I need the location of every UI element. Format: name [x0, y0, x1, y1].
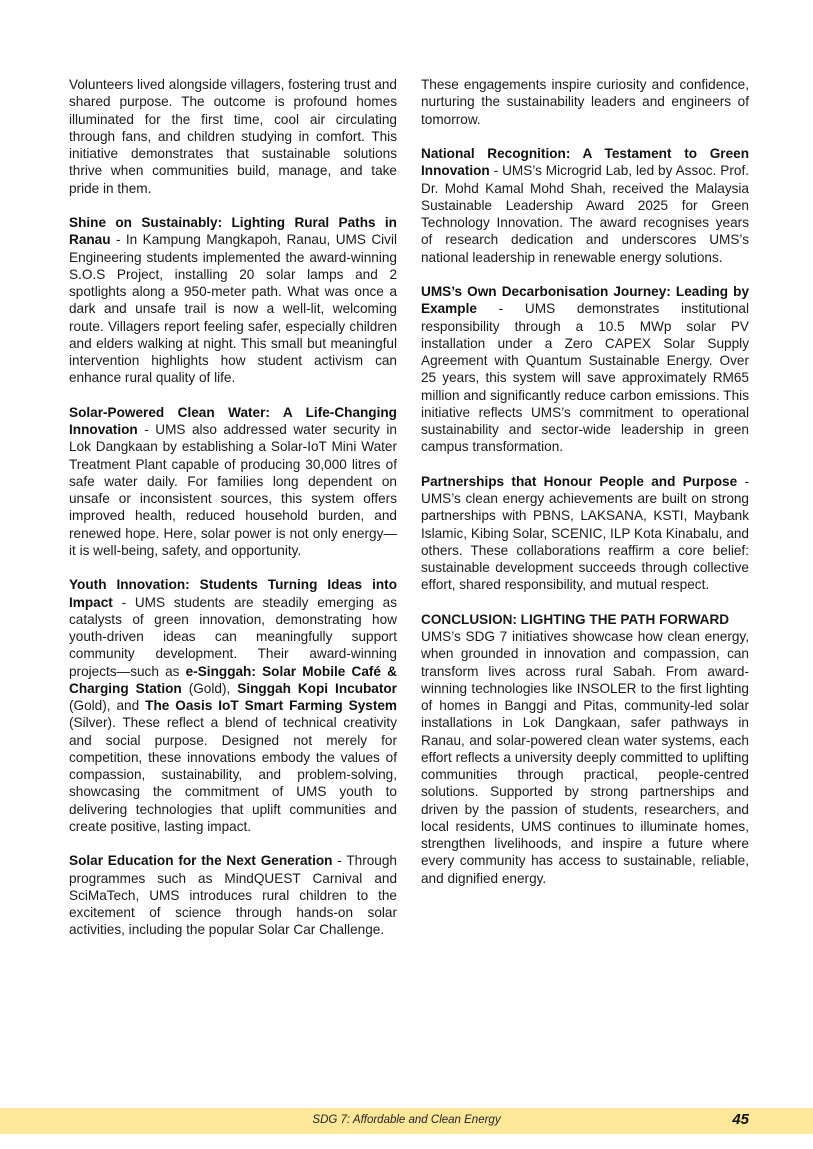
conclusion-heading: CONCLUSION: LIGHTING THE PATH FORWARD [421, 611, 749, 628]
paragraph-body: Volunteers lived alongside villagers, fo… [69, 77, 397, 196]
paragraph-body: - UMS’s Microgrid Lab, led by Assoc. Pro… [421, 163, 749, 264]
paragraph-clean-water: Solar-Powered Clean Water: A Life-Changi… [69, 404, 397, 559]
page-footer: SDG 7: Affordable and Clean Energy 45 [0, 1108, 813, 1134]
paragraph-body: UMS’s SDG 7 initiatives showcase how cle… [421, 629, 749, 886]
project-name: The Oasis IoT Smart Farming System [145, 698, 397, 713]
paragraph-youth-innovation: Youth Innovation: Students Turning Ideas… [69, 576, 397, 835]
paragraph-decarbonisation: UMS’s Own Decarbonisation Journey: Leadi… [421, 283, 749, 456]
award-level: (Gold), and [69, 698, 145, 713]
paragraph-conclusion: CONCLUSION: LIGHTING THE PATH FORWARDUMS… [421, 611, 749, 887]
page-number: 45 [732, 1111, 749, 1128]
paragraph-body: These engagements inspire curiosity and … [421, 77, 749, 127]
footer-title: SDG 7: Affordable and Clean Energy [0, 1114, 813, 1126]
paragraph-partnerships: Partnerships that Honour People and Purp… [421, 473, 749, 594]
left-column: Volunteers lived alongside villagers, fo… [69, 76, 397, 956]
paragraph-national-recognition: National Recognition: A Testament to Gre… [421, 145, 749, 266]
paragraph-volunteers: Volunteers lived alongside villagers, fo… [69, 76, 397, 197]
award-level: (Gold), [182, 681, 238, 696]
section-heading: Solar Education for the Next Generation [69, 853, 332, 868]
paragraph-engagements: These engagements inspire curiosity and … [421, 76, 749, 128]
paragraph-body: - In Kampung Mangkapoh, Ranau, UMS Civil… [69, 232, 397, 385]
paragraph-solar-education: Solar Education for the Next Generation … [69, 852, 397, 938]
paragraph-body: - UMS’s clean energy achievements are bu… [421, 474, 749, 593]
paragraph-body: (Silver). These reflect a blend of techn… [69, 715, 397, 834]
project-name: Singgah Kopi Incubator [237, 681, 397, 696]
paragraph-body: - UMS demonstrates institutional respons… [421, 301, 749, 454]
right-column: These engagements inspire curiosity and … [421, 76, 749, 904]
paragraph-body: - UMS also addressed water security in L… [69, 422, 397, 558]
section-heading: Partnerships that Honour People and Purp… [421, 474, 737, 489]
paragraph-ranau-lighting: Shine on Sustainably: Lighting Rural Pat… [69, 214, 397, 387]
